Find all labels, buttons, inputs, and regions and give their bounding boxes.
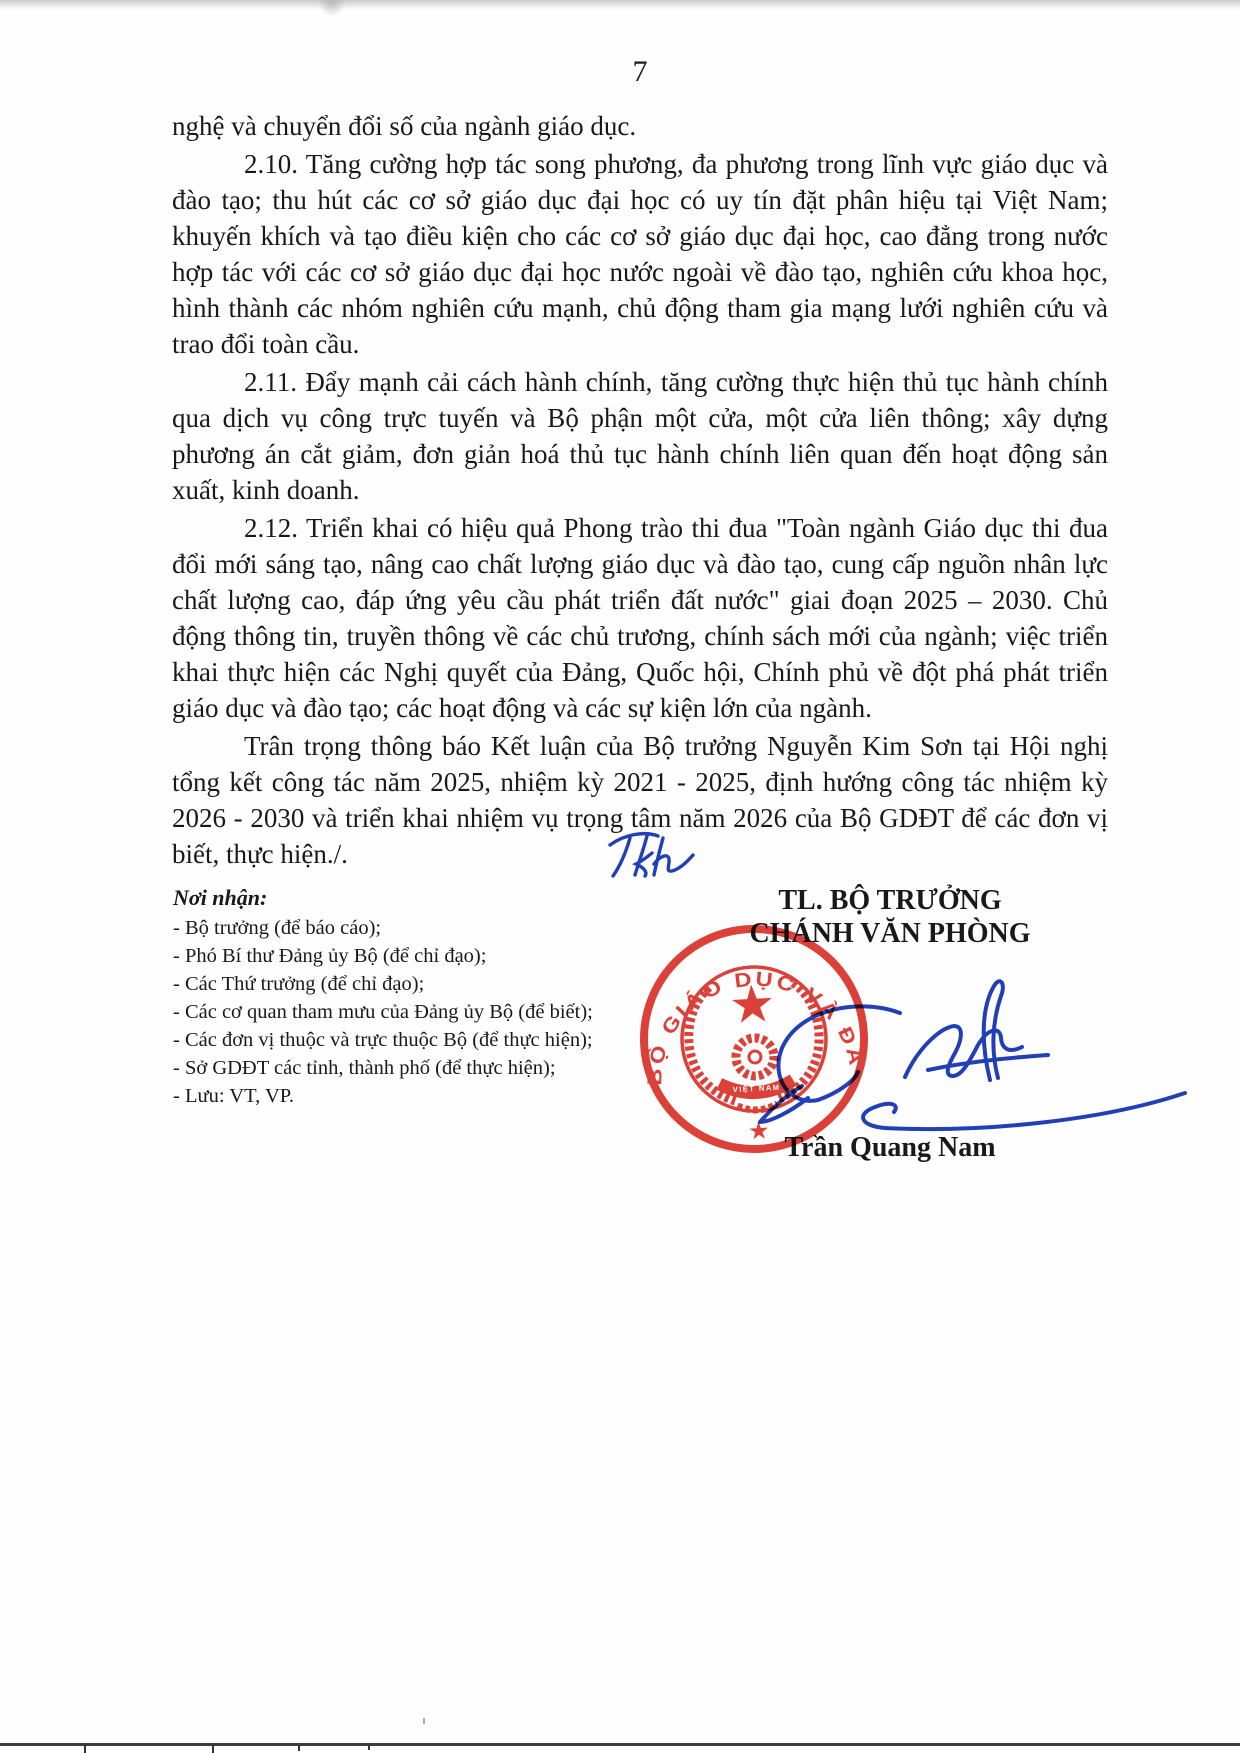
recipient-item: - Các đơn vị thuộc và trực thuộc Bộ (để … bbox=[173, 1026, 643, 1054]
initial-stroke bbox=[654, 838, 693, 875]
scan-edge-top bbox=[0, 0, 1240, 10]
document-body: nghệ và chuyển đổi số của ngành giáo dục… bbox=[172, 108, 1108, 872]
recipient-item: - Sở GDĐT các tỉnh, thành phố (để thực h… bbox=[173, 1054, 643, 1082]
recipient-item: - Các Thứ trưởng (để chỉ đạo); bbox=[173, 970, 643, 998]
scanned-document-page: 7 nghệ và chuyển đổi số của ngành giáo d… bbox=[0, 0, 1240, 1753]
page-number: 7 bbox=[172, 55, 1108, 89]
scan-edge-bottom-line bbox=[0, 1743, 1240, 1746]
initial-stroke bbox=[610, 834, 658, 845]
signing-authority: TL. BỘ TRƯỞNG bbox=[640, 884, 1140, 917]
recipient-item: - Bộ trưởng (để báo cáo); bbox=[173, 914, 643, 942]
scan-tick bbox=[212, 1745, 214, 1753]
recipient-item: - Lưu: VT, VP. bbox=[173, 1082, 643, 1110]
signature-stroke bbox=[760, 1086, 808, 1122]
scan-tick bbox=[368, 1745, 370, 1750]
signature-stroke bbox=[863, 1093, 1185, 1129]
scan-tick bbox=[298, 1745, 300, 1751]
recipient-item: - Phó Bí thư Đảng ủy Bộ (để chỉ đạo); bbox=[173, 942, 643, 970]
paragraph-2-11: 2.11. Đẩy mạnh cải cách hành chính, tăng… bbox=[172, 364, 1108, 508]
paragraph-2-12: 2.12. Triển khai có hiệu quả Phong trào … bbox=[172, 510, 1108, 726]
recipients-block: Nơi nhận: - Bộ trưởng (để báo cáo); - Ph… bbox=[173, 884, 643, 1110]
recipients-title: Nơi nhận: bbox=[173, 884, 643, 912]
handwritten-initial-ink bbox=[605, 825, 695, 883]
handwritten-signature-ink bbox=[745, 965, 1215, 1150]
scan-artifact-blob bbox=[318, 0, 346, 17]
recipient-item: - Các cơ quan tham mưu của Đảng ủy Bộ (đ… bbox=[173, 998, 643, 1026]
scan-tick bbox=[84, 1745, 86, 1753]
signature-stroke bbox=[905, 1026, 1022, 1077]
scan-speck bbox=[423, 1718, 425, 1724]
signature-stroke bbox=[778, 1006, 900, 1100]
paragraph-2-10: 2.10. Tăng cường hợp tác song phương, đa… bbox=[172, 146, 1108, 362]
initial-stroke bbox=[636, 853, 652, 876]
paragraph-continuation: nghệ và chuyển đổi số của ngành giáo dục… bbox=[172, 108, 1108, 144]
initial-stroke bbox=[613, 838, 630, 876]
